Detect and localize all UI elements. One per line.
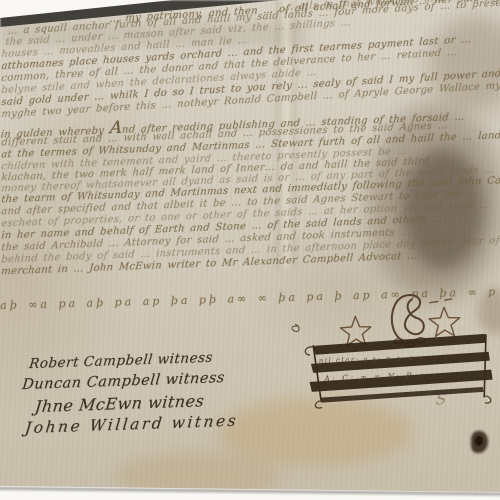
pen-dash-marks bbox=[430, 299, 452, 303]
photograph-of-parchment-deed: … ails in that whilk Gib and … ant doll … bbox=[0, 0, 500, 500]
right-star-icon bbox=[429, 307, 460, 337]
ink-spot-core bbox=[475, 436, 483, 446]
witness-signature: Johne Willard witnes bbox=[24, 412, 239, 438]
knot-crest-loop bbox=[407, 299, 424, 334]
banner-left-curl bbox=[305, 347, 321, 409]
top-right-stain bbox=[428, 15, 500, 110]
witness-signature: Duncan Campbell witness bbox=[21, 370, 225, 393]
witness-signature: Robert Campbell witness bbox=[28, 350, 213, 372]
left-star-icon bbox=[340, 316, 371, 346]
spiral-flourish bbox=[292, 324, 299, 331]
parchment-sheet: … ails in that whilk Gib and … ant doll … bbox=[0, 0, 500, 500]
witness-signature: Jhne McEwn witnes bbox=[34, 391, 205, 416]
banner-bar-1 bbox=[313, 334, 486, 355]
ink-spot bbox=[471, 431, 488, 453]
banner-right-edge bbox=[482, 335, 488, 397]
heraldic-banner-drawing: nil clar: a s: ∞ s: s ∞ A: C: ∞ ∞ N: P ∞ bbox=[290, 285, 500, 413]
banner-right-curl bbox=[484, 396, 491, 404]
